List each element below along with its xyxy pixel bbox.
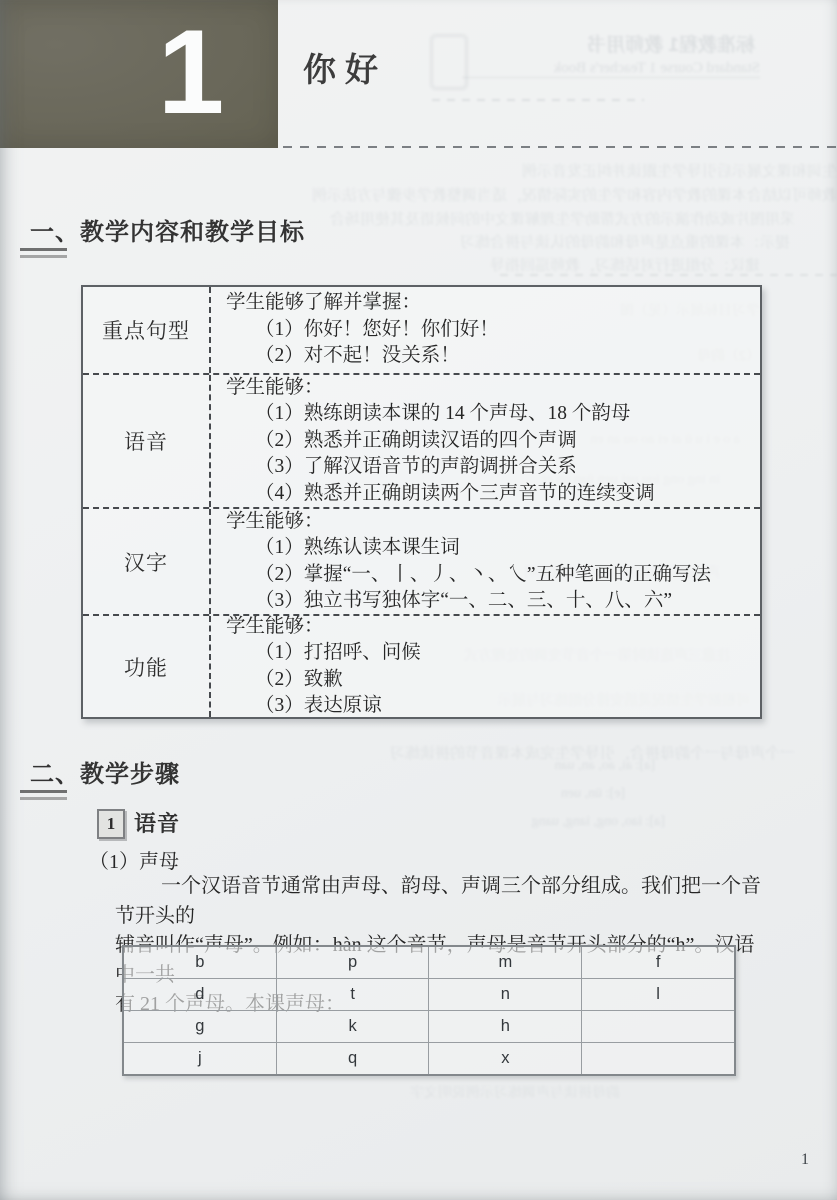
bleedthrough-text: 一个声母与一个韵母拼合，引导学生完成本课音节的拼读练习 <box>95 742 795 763</box>
chapter-title: 你好 <box>303 52 387 88</box>
initial-cell: m <box>429 946 582 979</box>
goal-item: （1）熟练朗读本课的 14 个声母、18 个韵母 <box>226 401 752 428</box>
initial-cell: p <box>276 946 429 979</box>
bleedthrough-dashed-rule <box>432 99 644 101</box>
section-heading-2: 二、教学步骤 <box>30 761 180 790</box>
row-label: 重点句型 <box>83 287 209 373</box>
goal-intro: 学生能够： <box>226 509 752 536</box>
page-number: 1 <box>801 1151 809 1169</box>
header-dashed-rule <box>283 146 837 148</box>
initial-cell <box>582 1011 735 1043</box>
row-label: 功能 <box>83 616 209 717</box>
initial-cell: k <box>276 1011 429 1043</box>
bleedthrough-text: 教师可以结合本课的教学内容和学生的实际情况，适当调整教学步骤与方法示例 <box>95 184 837 205</box>
chapter-number-box: 1 <box>0 0 278 148</box>
table-row-functions: 功能 学生能够： （1）打招呼、问候 （2）致歉 （3）表达原谅 <box>83 614 760 717</box>
initials-table: b p m f d t n l g k h j q x <box>122 945 736 1076</box>
initial-cell: j <box>123 1043 276 1076</box>
goal-item: （3）表达原谅 <box>226 693 752 720</box>
subsection-number-box: 1 <box>97 809 125 839</box>
table-row: d t n l <box>123 979 735 1011</box>
heading-double-rule <box>20 248 67 258</box>
table-row-key-sentences: 重点句型 学生能够了解并掌握： （1）你好！您好！你们好！ （2）对不起！没关系… <box>83 287 760 373</box>
goal-item: （2）致歉 <box>226 667 752 694</box>
bleedthrough-text: [a]: iao, ong, iang, uang <box>455 814 665 830</box>
section-heading-1: 一、教学内容和教学目标 <box>30 219 305 248</box>
goal-item: （3）了解汉语音节的声韵调拼合关系 <box>226 454 752 481</box>
row-content: 学生能够： （1）熟练认读本课生词 （2）掌握“一、丨、丿、丶、乀”五种笔画的正… <box>209 509 760 614</box>
initial-cell: n <box>429 979 582 1011</box>
chapter-number: 1 <box>148 12 234 132</box>
goal-item: （3）独立书写独体字“一、二、三、十、八、六” <box>226 588 752 615</box>
row-label: 语音 <box>83 375 209 507</box>
row-content: 学生能够： （1）熟练朗读本课的 14 个声母、18 个韵母 （2）熟悉并正确朗… <box>209 375 760 507</box>
initial-cell <box>582 1043 735 1076</box>
table-row: j q x <box>123 1043 735 1076</box>
goal-item: （1）打招呼、问候 <box>226 640 752 667</box>
initial-cell: f <box>582 946 735 979</box>
goal-item: （1）你好！您好！你们好！ <box>226 317 752 344</box>
table-row-phonetics: 语音 学生能够： （1）熟练朗读本课的 14 个声母、18 个韵母 （2）熟悉并… <box>83 373 760 507</box>
goal-intro: 学生能够： <box>226 614 752 641</box>
initial-cell: q <box>276 1043 429 1076</box>
initial-cell: l <box>582 979 735 1011</box>
paragraph-line: 一个汉语音节通常由声母、韵母、声调三个部分组成。我们把一个音节开头的 <box>115 872 773 931</box>
initial-cell: b <box>123 946 276 979</box>
bleedthrough-text: 生词和课文展示后引导学生跟读并纠正发音示例 <box>420 160 837 181</box>
bleedthrough-text: 标准教程1 教师用书 <box>505 30 755 57</box>
initial-cell: g <box>123 1011 276 1043</box>
table-row-characters: 汉字 学生能够： （1）熟练认读本课生词 （2）掌握“一、丨、丿、丶、乀”五种笔… <box>83 507 760 614</box>
goal-item: （2）熟悉并正确朗读汉语的四个声调 <box>226 428 752 455</box>
bleedthrough-text: [a]: ai, ao, an, uan <box>455 758 655 774</box>
goal-item: （2）掌握“一、丨、丿、丶、乀”五种笔画的正确写法 <box>226 562 752 589</box>
bleedthrough-text: Standard Course 1 Teacher's Book <box>462 60 760 78</box>
scanned-textbook-page: 标准教程1 教师用书 Standard Course 1 Teacher's B… <box>0 0 837 1200</box>
row-content: 学生能够了解并掌握： （1）你好！您好！你们好！ （2）对不起！没关系！ <box>209 287 760 373</box>
table-row: g k h <box>123 1011 735 1043</box>
bleedthrough-text: 提示：本课的重点是声母和韵母的认读与拼合练习 <box>230 231 790 252</box>
goal-intro: 学生能够了解并掌握： <box>226 290 752 317</box>
subsection-title: 语音 <box>134 811 180 837</box>
initial-cell: h <box>429 1011 582 1043</box>
row-label: 汉字 <box>83 509 209 614</box>
initial-cell: d <box>123 979 276 1011</box>
row-content: 学生能够： （1）打招呼、问候 （2）致歉 （3）表达原谅 <box>209 616 760 717</box>
initial-cell: t <box>276 979 429 1011</box>
bleedthrough-text: [e]: ün, uen <box>455 786 625 802</box>
bleedthrough-dashed-rule <box>500 274 837 276</box>
goal-intro: 学生能够： <box>226 375 752 402</box>
goal-item: （2）对不起！没关系！ <box>226 343 752 370</box>
heading-double-rule <box>20 790 67 800</box>
goal-item: （4）熟悉并正确朗读两个三声音节的连续变调 <box>226 481 752 508</box>
table-row: b p m f <box>123 946 735 979</box>
bleedthrough-text: 韵母拼读与声调练习示例说明文字 <box>160 1082 620 1102</box>
initial-cell: x <box>429 1043 582 1076</box>
bleedthrough-logo <box>430 34 468 90</box>
goal-item: （1）熟练认读本课生词 <box>226 535 752 562</box>
bleedthrough-text: 建议：分组进行对话练习，教师巡回指导 <box>340 254 760 275</box>
teaching-goals-table: 重点句型 学生能够了解并掌握： （1）你好！您好！你们好！ （2）对不起！没关系… <box>81 285 762 719</box>
